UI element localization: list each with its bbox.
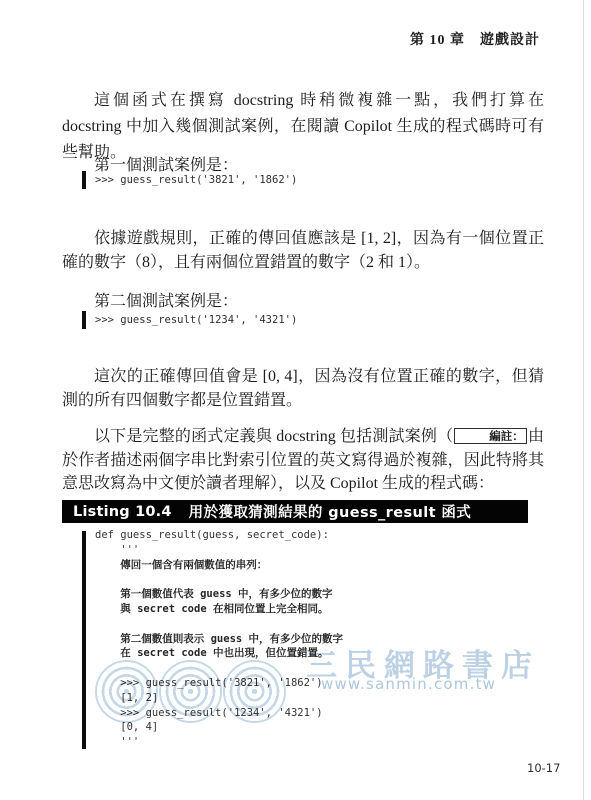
code-line bbox=[95, 661, 535, 676]
code-line: 在 secret code 中也出現，但位置錯置。 bbox=[95, 646, 535, 661]
code-line: >>> guess_result('1234', '4321') bbox=[95, 706, 535, 721]
code-line: def guess_result(guess, secret_code): bbox=[95, 528, 535, 543]
listing-title: 用於獲取猜測結果的 guess_result 函式 bbox=[189, 501, 471, 522]
page-number: 10-17 bbox=[527, 761, 560, 775]
code-line bbox=[95, 617, 535, 632]
code-line: [0, 4] bbox=[95, 720, 535, 735]
code-snippet-marker-bar bbox=[82, 171, 86, 189]
code-line bbox=[95, 572, 535, 587]
code-line: 與 secret code 在相同位置上完全相同。 bbox=[95, 602, 535, 617]
code-line: 第一個數值代表 guess 中，有多少位的數字 bbox=[95, 587, 535, 602]
paragraph-first-case-explanation: 依據遊戲規則，正確的傳回值應該是 [1, 2]，因為有一個位置正確的數字（8），… bbox=[62, 227, 544, 275]
code-line: ''' bbox=[95, 735, 535, 750]
code-snippet-text: >>> guess_result('3821', '1862') bbox=[95, 171, 297, 189]
chapter-header: 第 10 章 遊戲設計 bbox=[410, 29, 540, 49]
code-snippet-text: >>> guess_result('1234', '4321') bbox=[95, 311, 297, 329]
code-block-marker-bar bbox=[82, 531, 86, 749]
code-snippet-first-case: >>> guess_result('3821', '1862') bbox=[82, 171, 297, 189]
paragraph-full-definition-intro: 以下是完整的函式定義與 docstring 包括測試案例（編註：由於作者描述兩個… bbox=[62, 425, 544, 496]
code-line: >>> guess_result('3821', '1862') bbox=[95, 676, 535, 691]
scan-edge-line bbox=[583, 0, 584, 800]
code-line: 傳回一個含有兩個數值的串列： bbox=[95, 558, 535, 573]
code-line: 第二個數值則表示 guess 中，有多少位的數字 bbox=[95, 632, 535, 647]
editor-note-badge: 編註： bbox=[454, 428, 527, 444]
code-line: ''' bbox=[95, 543, 535, 558]
listing-title-bar: Listing 10.4 用於獲取猜測結果的 guess_result 函式 bbox=[62, 500, 528, 523]
code-line: [1, 2] bbox=[95, 691, 535, 706]
paragraph-second-case-explanation: 這次的正確傳回值會是 [0, 4]，因為沒有位置正確的數字，但猜測的所有四個數字… bbox=[62, 365, 544, 413]
listing-code-lines: def guess_result(guess, secret_code): ''… bbox=[95, 528, 535, 750]
code-snippet-marker-bar bbox=[82, 311, 86, 329]
code-snippet-second-case: >>> guess_result('1234', '4321') bbox=[82, 311, 297, 329]
book-page: 第 10 章 遊戲設計 這個函式在撰寫 docstring 時稍微複雜一點，我們… bbox=[0, 0, 591, 800]
listing-number: Listing 10.4 bbox=[73, 504, 172, 520]
paragraph-text-before-note: 以下是完整的函式定義與 docstring 包括測試案例（ bbox=[94, 428, 453, 445]
